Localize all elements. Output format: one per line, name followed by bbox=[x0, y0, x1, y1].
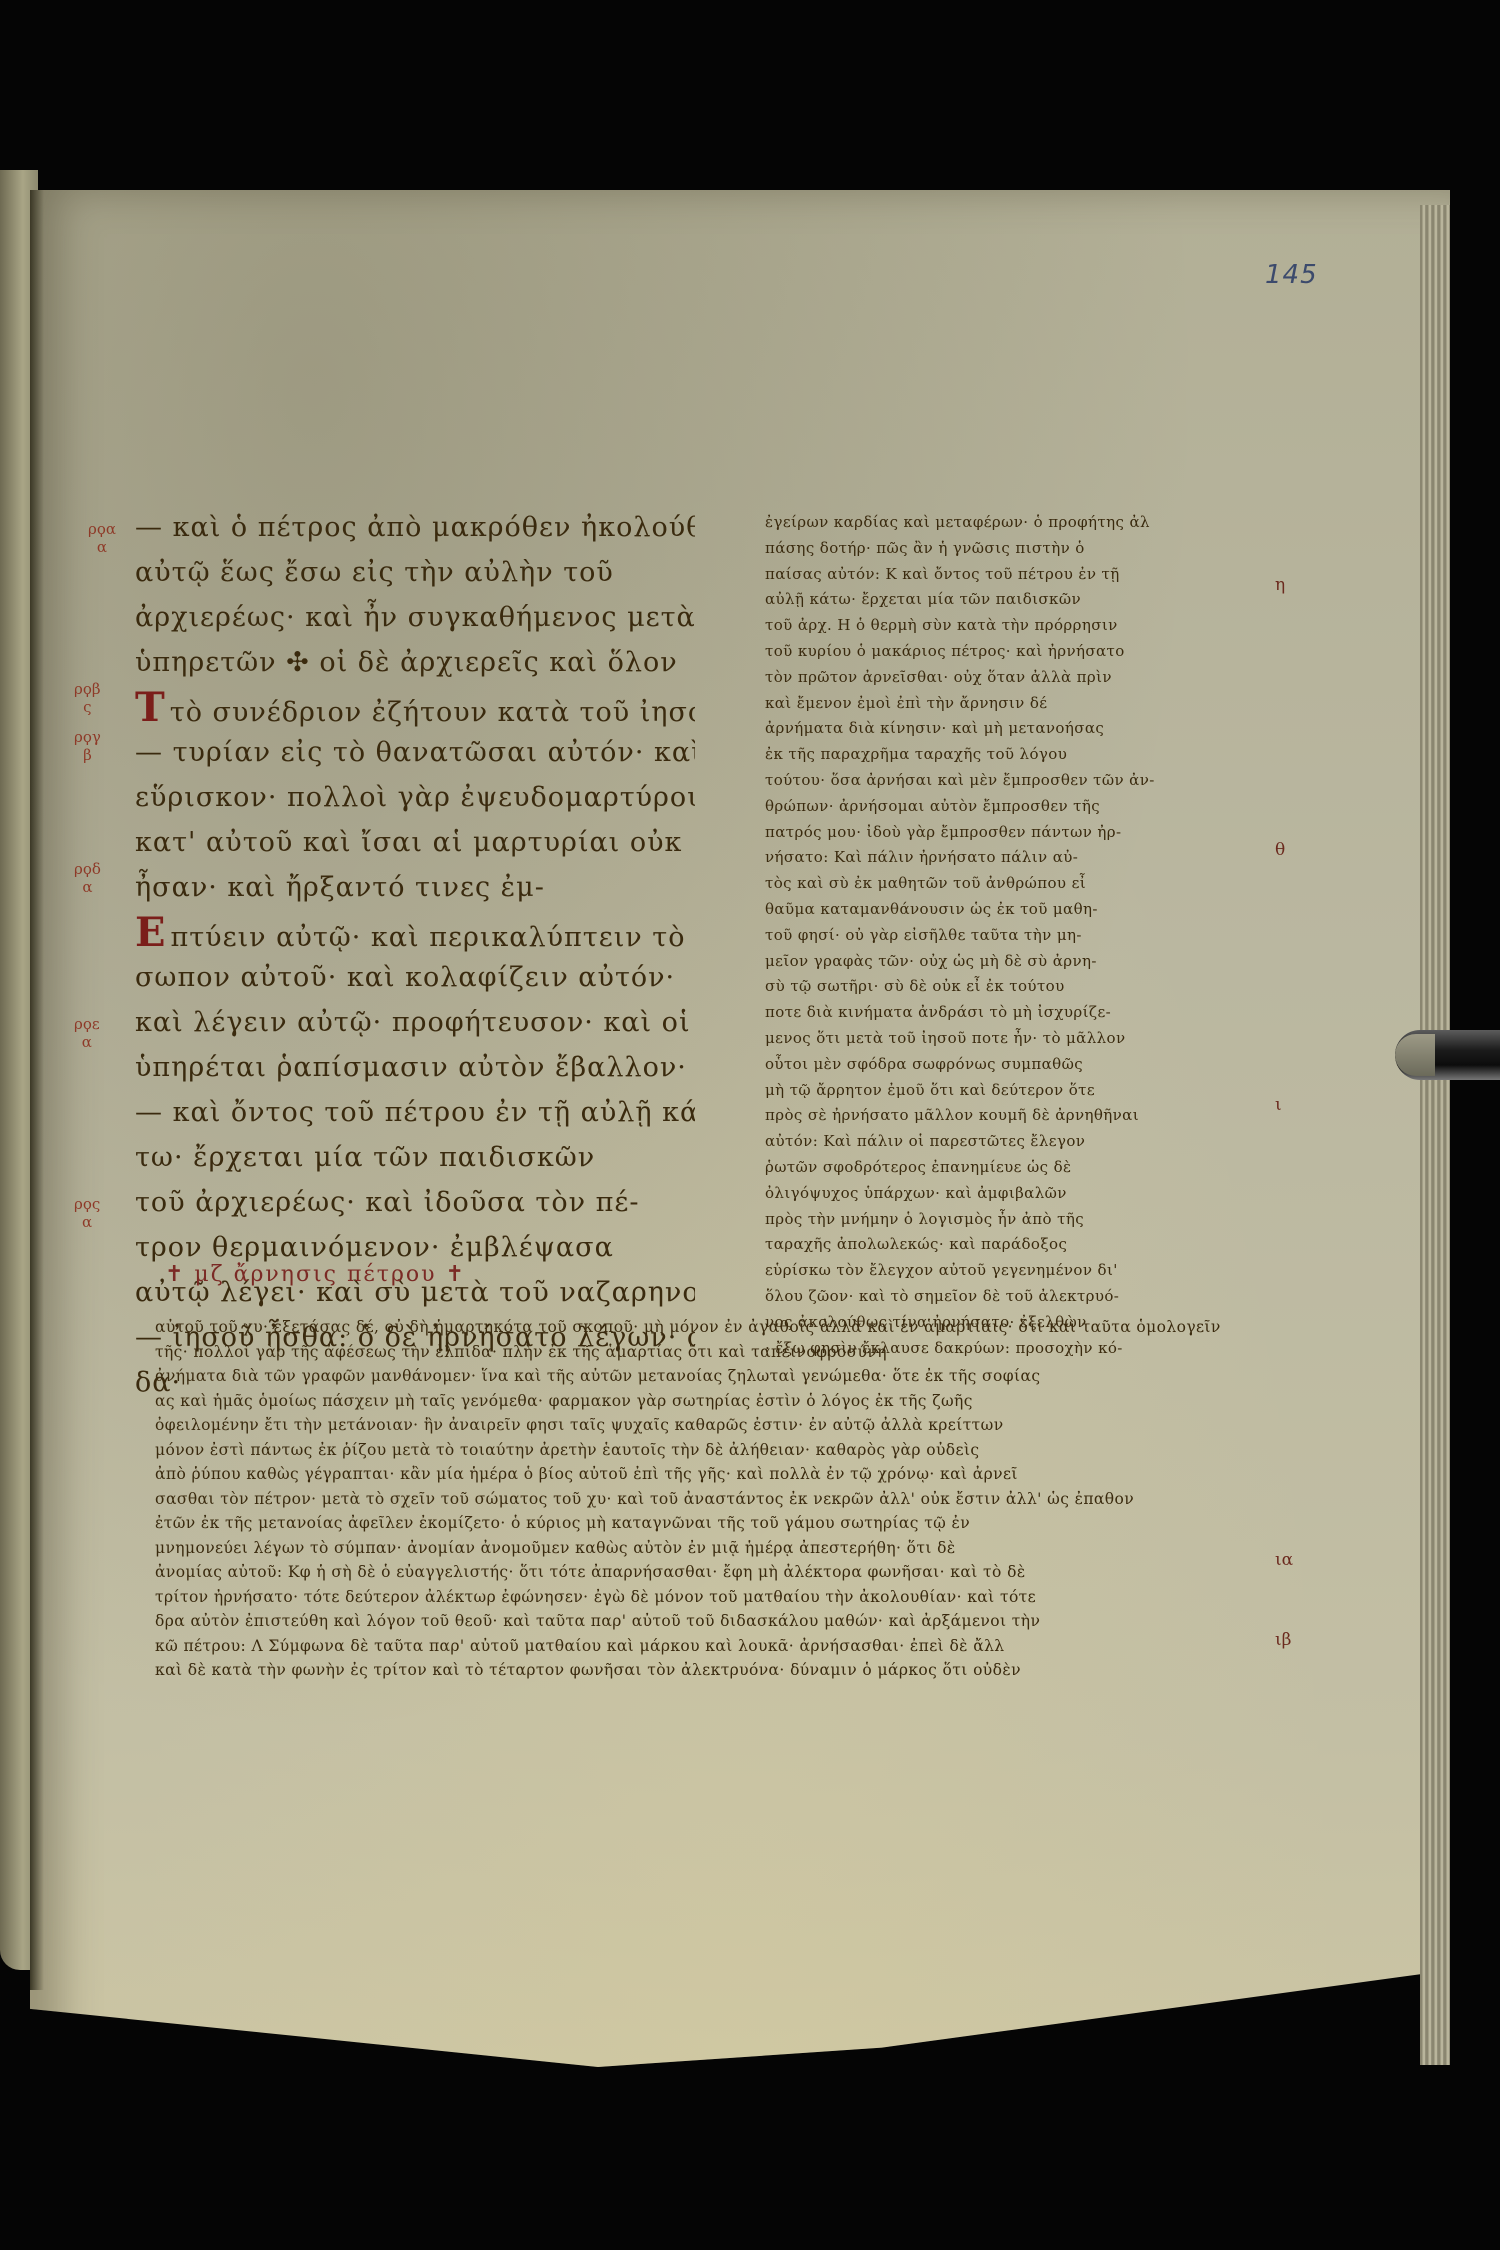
right-margin-note: η bbox=[1275, 575, 1285, 595]
commentary-line: μεῖον γραφὰς τῶν· οὐχ ὡς μὴ δὲ σὺ ἀρνη- bbox=[765, 949, 1235, 975]
main-text-line: εὕρισκον· πολλοὶ γὰρ ἐψευδομαρτύρουν bbox=[135, 775, 695, 820]
margin-note: ρϙδ α bbox=[74, 860, 101, 896]
red-initial: Τ bbox=[135, 685, 166, 730]
commentary-line: τούτου· ὅσα ἀρνήσαι καὶ μὲν ἔμπροσθεν τῶ… bbox=[765, 768, 1235, 794]
commentary-line: πατρός μου· ἰδοὺ γὰρ ἔμπροσθεν πάντων ἠρ… bbox=[765, 820, 1235, 846]
margin-note-label: ρϙα bbox=[88, 520, 116, 538]
margin-note-sub: α bbox=[74, 878, 101, 896]
commentary-line: ἐτῶν ἐκ τῆς μετανοίας ἀφεῖλεν ἐκομίζετο·… bbox=[155, 1511, 1230, 1536]
commentary-line: ἀνομίας αὐτοῦ: Κφ ἡ σὴ δὲ ὁ εὐαγγελιστής… bbox=[155, 1560, 1230, 1585]
commentary-line: τὸν πρῶτον ἀρνεῖσθαι· οὐχ ὅταν ἀλλὰ πρὶν bbox=[765, 665, 1235, 691]
commentary-line: ας καὶ ἡμᾶς ὁμοίως πάσχειν μὴ ταῖς γενόμ… bbox=[155, 1389, 1230, 1414]
commentary-line: ὅλου ζῶον· καὶ τὸ σημεῖον δὲ τοῦ ἀλεκτρυ… bbox=[765, 1284, 1235, 1310]
commentary-line: αὐλῇ κάτω· ἔρχεται μία τῶν παιδισκῶν bbox=[765, 587, 1235, 613]
gutter-shadow bbox=[30, 190, 44, 1990]
margin-note-label: ρϙς bbox=[74, 1195, 100, 1213]
page-clip bbox=[1395, 1030, 1500, 1080]
commentary-line: ποτε διὰ κινήματα ἀνδράσι τὸ μὴ ἰσχυρίζε… bbox=[765, 1000, 1235, 1026]
margin-note: ρϙα α bbox=[88, 520, 116, 556]
right-margin-note: ι bbox=[1275, 1095, 1282, 1115]
commentary-line: τρίτον ἠρνήσατο· τότε δεύτερον ἀλέκτωρ ἐ… bbox=[155, 1585, 1230, 1610]
margin-note: ρϙς α bbox=[74, 1195, 100, 1231]
main-text-line: καὶ λέγειν αὐτῷ· προφήτευσον· καὶ οἱ bbox=[135, 1000, 695, 1045]
commentary-line: σασθαι τὸν πέτρον· μετὰ τὸ σχεῖν τοῦ σώμ… bbox=[155, 1487, 1230, 1512]
main-text-line: αὐτῷ ἕως ἔσω εἰς τὴν αὐλὴν τοῦ bbox=[135, 550, 695, 595]
commentary-line: πάσης δοτήρ· πῶς ἂν ἡ γνῶσις πιστὴν ὁ bbox=[765, 536, 1235, 562]
main-text-line: σωπον αὐτοῦ· καὶ κολαφίζειν αὐτόν· bbox=[135, 955, 695, 1000]
commentary-line: ἀνήματα διὰ τῶν γραφῶν μανθάνομεν· ἵνα κ… bbox=[155, 1364, 1230, 1389]
commentary-line: τοῦ ἀρχ. Η ὁ θερμὴ σὺν κατὰ τὴν πρόρρησι… bbox=[765, 613, 1235, 639]
rubric-heading: ✝ μζ ἄρνησις πέτρου ✝ bbox=[165, 1262, 466, 1287]
commentary-line: τὸς καὶ σὺ ἐκ μαθητῶν τοῦ ἀνθρώπου εἶ bbox=[765, 871, 1235, 897]
red-initial: Ε bbox=[135, 910, 167, 955]
right-margin-note: ιβ bbox=[1275, 1630, 1292, 1650]
commentary-line: θρώπων· ἀρνήσομαι αὐτὸν ἔμπροσθεν τῆς bbox=[765, 794, 1235, 820]
commentary-bottom-block: αὐτοῦ τοῦ χυ· ἐξετάσας δέ, οὐ δὴ ἡμαρτηκ… bbox=[155, 1315, 1230, 1683]
main-text-line: Επτύειν αὐτῷ· καὶ περικαλύπτειν τὸ πρό- bbox=[135, 910, 695, 955]
commentary-line: δρα αὐτὸν ἐπιστεύθη καὶ λόγον τοῦ θεοῦ· … bbox=[155, 1609, 1230, 1634]
commentary-line: ἐκ τῆς παραχρῆμα ταραχῆς τοῦ λόγου bbox=[765, 742, 1235, 768]
commentary-line: αὐτοῦ τοῦ χυ· ἐξετάσας δέ, οὐ δὴ ἡμαρτηκ… bbox=[155, 1315, 1230, 1340]
commentary-line: σὺ τῷ σωτῆρι· σὺ δὲ οὐκ εἶ ἐκ τούτου bbox=[765, 974, 1235, 1000]
main-text-span: τὸ συνέδριον ἐζήτουν κατὰ τοῦ ἰησοῦ μαρ- bbox=[170, 697, 695, 728]
commentary-line: μνημονεύει λέγων τὸ σύμπαν· ἀνομίαν ἀνομ… bbox=[155, 1536, 1230, 1561]
margin-note: ρϙε α bbox=[74, 1015, 100, 1051]
margin-note-label: ρϙε bbox=[74, 1015, 100, 1033]
commentary-line: μὴ τῷ ἄρρητον ἐμοῦ ὅτι καὶ δεύτερον ὅτε bbox=[765, 1078, 1235, 1104]
margin-note: ρϙβ ς bbox=[74, 680, 101, 716]
commentary-line: ἀπὸ ῥύπου καθὼς γέγραπται· κἂν μία ἡμέρα… bbox=[155, 1462, 1230, 1487]
commentary-line: πρὸς σὲ ἠρνήσατο μᾶλλον κουμῆ δὲ ἀρνηθῆν… bbox=[765, 1103, 1235, 1129]
margin-note-sub: ς bbox=[74, 698, 101, 716]
commentary-line: ἀρνήματα διὰ κίνησιν· καὶ μὴ μετανοήσας bbox=[765, 716, 1235, 742]
commentary-right-column: ἐγείρων καρδίας καὶ μεταφέρων· ὁ προφήτη… bbox=[765, 510, 1235, 1361]
commentary-line: αὐτόν: Καὶ πάλιν οἱ παρεστῶτες ἔλεγον bbox=[765, 1129, 1235, 1155]
margin-note-sub: α bbox=[74, 1213, 100, 1231]
commentary-line: καὶ ἔμενον ἐμοὶ ἐπὶ τὴν ἄρνησιν δέ bbox=[765, 691, 1235, 717]
commentary-line: ῥωτῶν σφοδρότερος ἐπανημίευε ὡς δὲ bbox=[765, 1155, 1235, 1181]
margin-note-label: ρϙδ bbox=[74, 860, 101, 878]
page-fore-edge bbox=[1420, 205, 1450, 2065]
clip-tip-icon bbox=[1395, 1034, 1435, 1076]
main-text-span: πτύειν αὐτῷ· καὶ περικαλύπτειν τὸ πρό- bbox=[171, 922, 696, 953]
margin-note-sub: α bbox=[74, 1033, 100, 1051]
main-text-line: ἀρχιερέως· καὶ ἦν συγκαθήμενος μετὰ τῶν bbox=[135, 595, 695, 640]
commentary-line: μενος ὅτι μετὰ τοῦ ἰησοῦ ποτε ἦν· τὸ μᾶλ… bbox=[765, 1026, 1235, 1052]
main-text-line: τω· ἔρχεται μία τῶν παιδισκῶν bbox=[135, 1135, 695, 1180]
commentary-line: τοῦ φησί· οὐ γὰρ εἰσῆλθε ταῦτα τὴν μη- bbox=[765, 923, 1235, 949]
margin-note-sub: α bbox=[88, 538, 116, 556]
main-text-line: ὑπηρέται ῥαπίσμασιν αὐτὸν ἔβαλλον· bbox=[135, 1045, 695, 1090]
commentary-line: εὑρίσκω τὸν ἔλεγχον αὐτοῦ γεγενημένον δι… bbox=[765, 1258, 1235, 1284]
margin-note-label: ρϙγ bbox=[74, 728, 101, 746]
main-text-line: κατ' αὐτοῦ καὶ ἴσαι αἱ μαρτυρίαι οὐκ bbox=[135, 820, 695, 865]
commentary-line: ταραχῆς ἀπολωλεκώς· καὶ παράδοξος bbox=[765, 1232, 1235, 1258]
commentary-line: μόνον ἐστὶ πάντως ἐκ ῥίζου μετὰ τὸ τοιαύ… bbox=[155, 1438, 1230, 1463]
commentary-line: ὀφειλομένην ἔτι τὴν μετάνοιαν· ἣν ἀναιρε… bbox=[155, 1413, 1230, 1438]
commentary-line: παίσας αὐτόν: Κ καὶ ὄντος τοῦ πέτρου ἐν … bbox=[765, 562, 1235, 588]
commentary-line: νήσατο: Καὶ πάλιν ἠρνήσατο πάλιν αὐ- bbox=[765, 845, 1235, 871]
right-margin-note: θ bbox=[1275, 840, 1285, 860]
main-text-line: — καὶ ὄντος τοῦ πέτρου ἐν τῇ αὐλῇ κά- bbox=[135, 1090, 695, 1135]
main-text-line: ἦσαν· καὶ ἤρξαντό τινες ἐμ- bbox=[135, 865, 695, 910]
commentary-line: ἐγείρων καρδίας καὶ μεταφέρων· ὁ προφήτη… bbox=[765, 510, 1235, 536]
right-margin-note: ια bbox=[1275, 1550, 1293, 1570]
commentary-line: οὗτοι μὲν σφόδρα σωφρόνως συμπαθῶς bbox=[765, 1052, 1235, 1078]
commentary-line: πρὸς τὴν μνήμην ὁ λογισμὸς ἦν ἀπὸ τῆς bbox=[765, 1207, 1235, 1233]
main-text-line: — τυρίαν εἰς τὸ θανατῶσαι αὐτόν· καὶ οὐχ bbox=[135, 730, 695, 775]
commentary-line: τοῦ κυρίου ὁ μακάριος πέτρος· καὶ ἠρνήσα… bbox=[765, 639, 1235, 665]
commentary-line: ὀλιγόψυχος ὑπάρχων· καὶ ἀμφιβαλῶν bbox=[765, 1181, 1235, 1207]
margin-note: ρϙγ β bbox=[74, 728, 101, 764]
commentary-line: θαῦμα καταμανθάνουσιν ὡς ἐκ τοῦ μαθη- bbox=[765, 897, 1235, 923]
main-text-line: ὑπηρετῶν ✣ οἱ δὲ ἀρχιερεῖς καὶ ὅλον bbox=[135, 640, 695, 685]
commentary-line: κῶ πέτρου: Λ Σύμφωνα δὲ ταῦτα παρ' αὐτοῦ… bbox=[155, 1634, 1230, 1659]
folio-number: 145 bbox=[1265, 260, 1318, 290]
main-text-line: — καὶ ὁ πέτρος ἀπὸ μακρόθεν ἠκολούθησεν bbox=[135, 505, 695, 550]
margin-note-label: ρϙβ bbox=[74, 680, 101, 698]
margin-note-sub: β bbox=[74, 746, 101, 764]
commentary-line: τῆς· πολλοὶ γὰρ τῆς ἀφέσεως τὴν ἐλπίδα· … bbox=[155, 1340, 1230, 1365]
main-text-line: τοῦ ἀρχιερέως· καὶ ἰδοῦσα τὸν πέ- bbox=[135, 1180, 695, 1225]
main-text-line: Ττὸ συνέδριον ἐζήτουν κατὰ τοῦ ἰησοῦ μαρ… bbox=[135, 685, 695, 730]
commentary-line: καὶ δὲ κατὰ τὴν φωνὴν ἐς τρίτον καὶ τὸ τ… bbox=[155, 1658, 1230, 1683]
